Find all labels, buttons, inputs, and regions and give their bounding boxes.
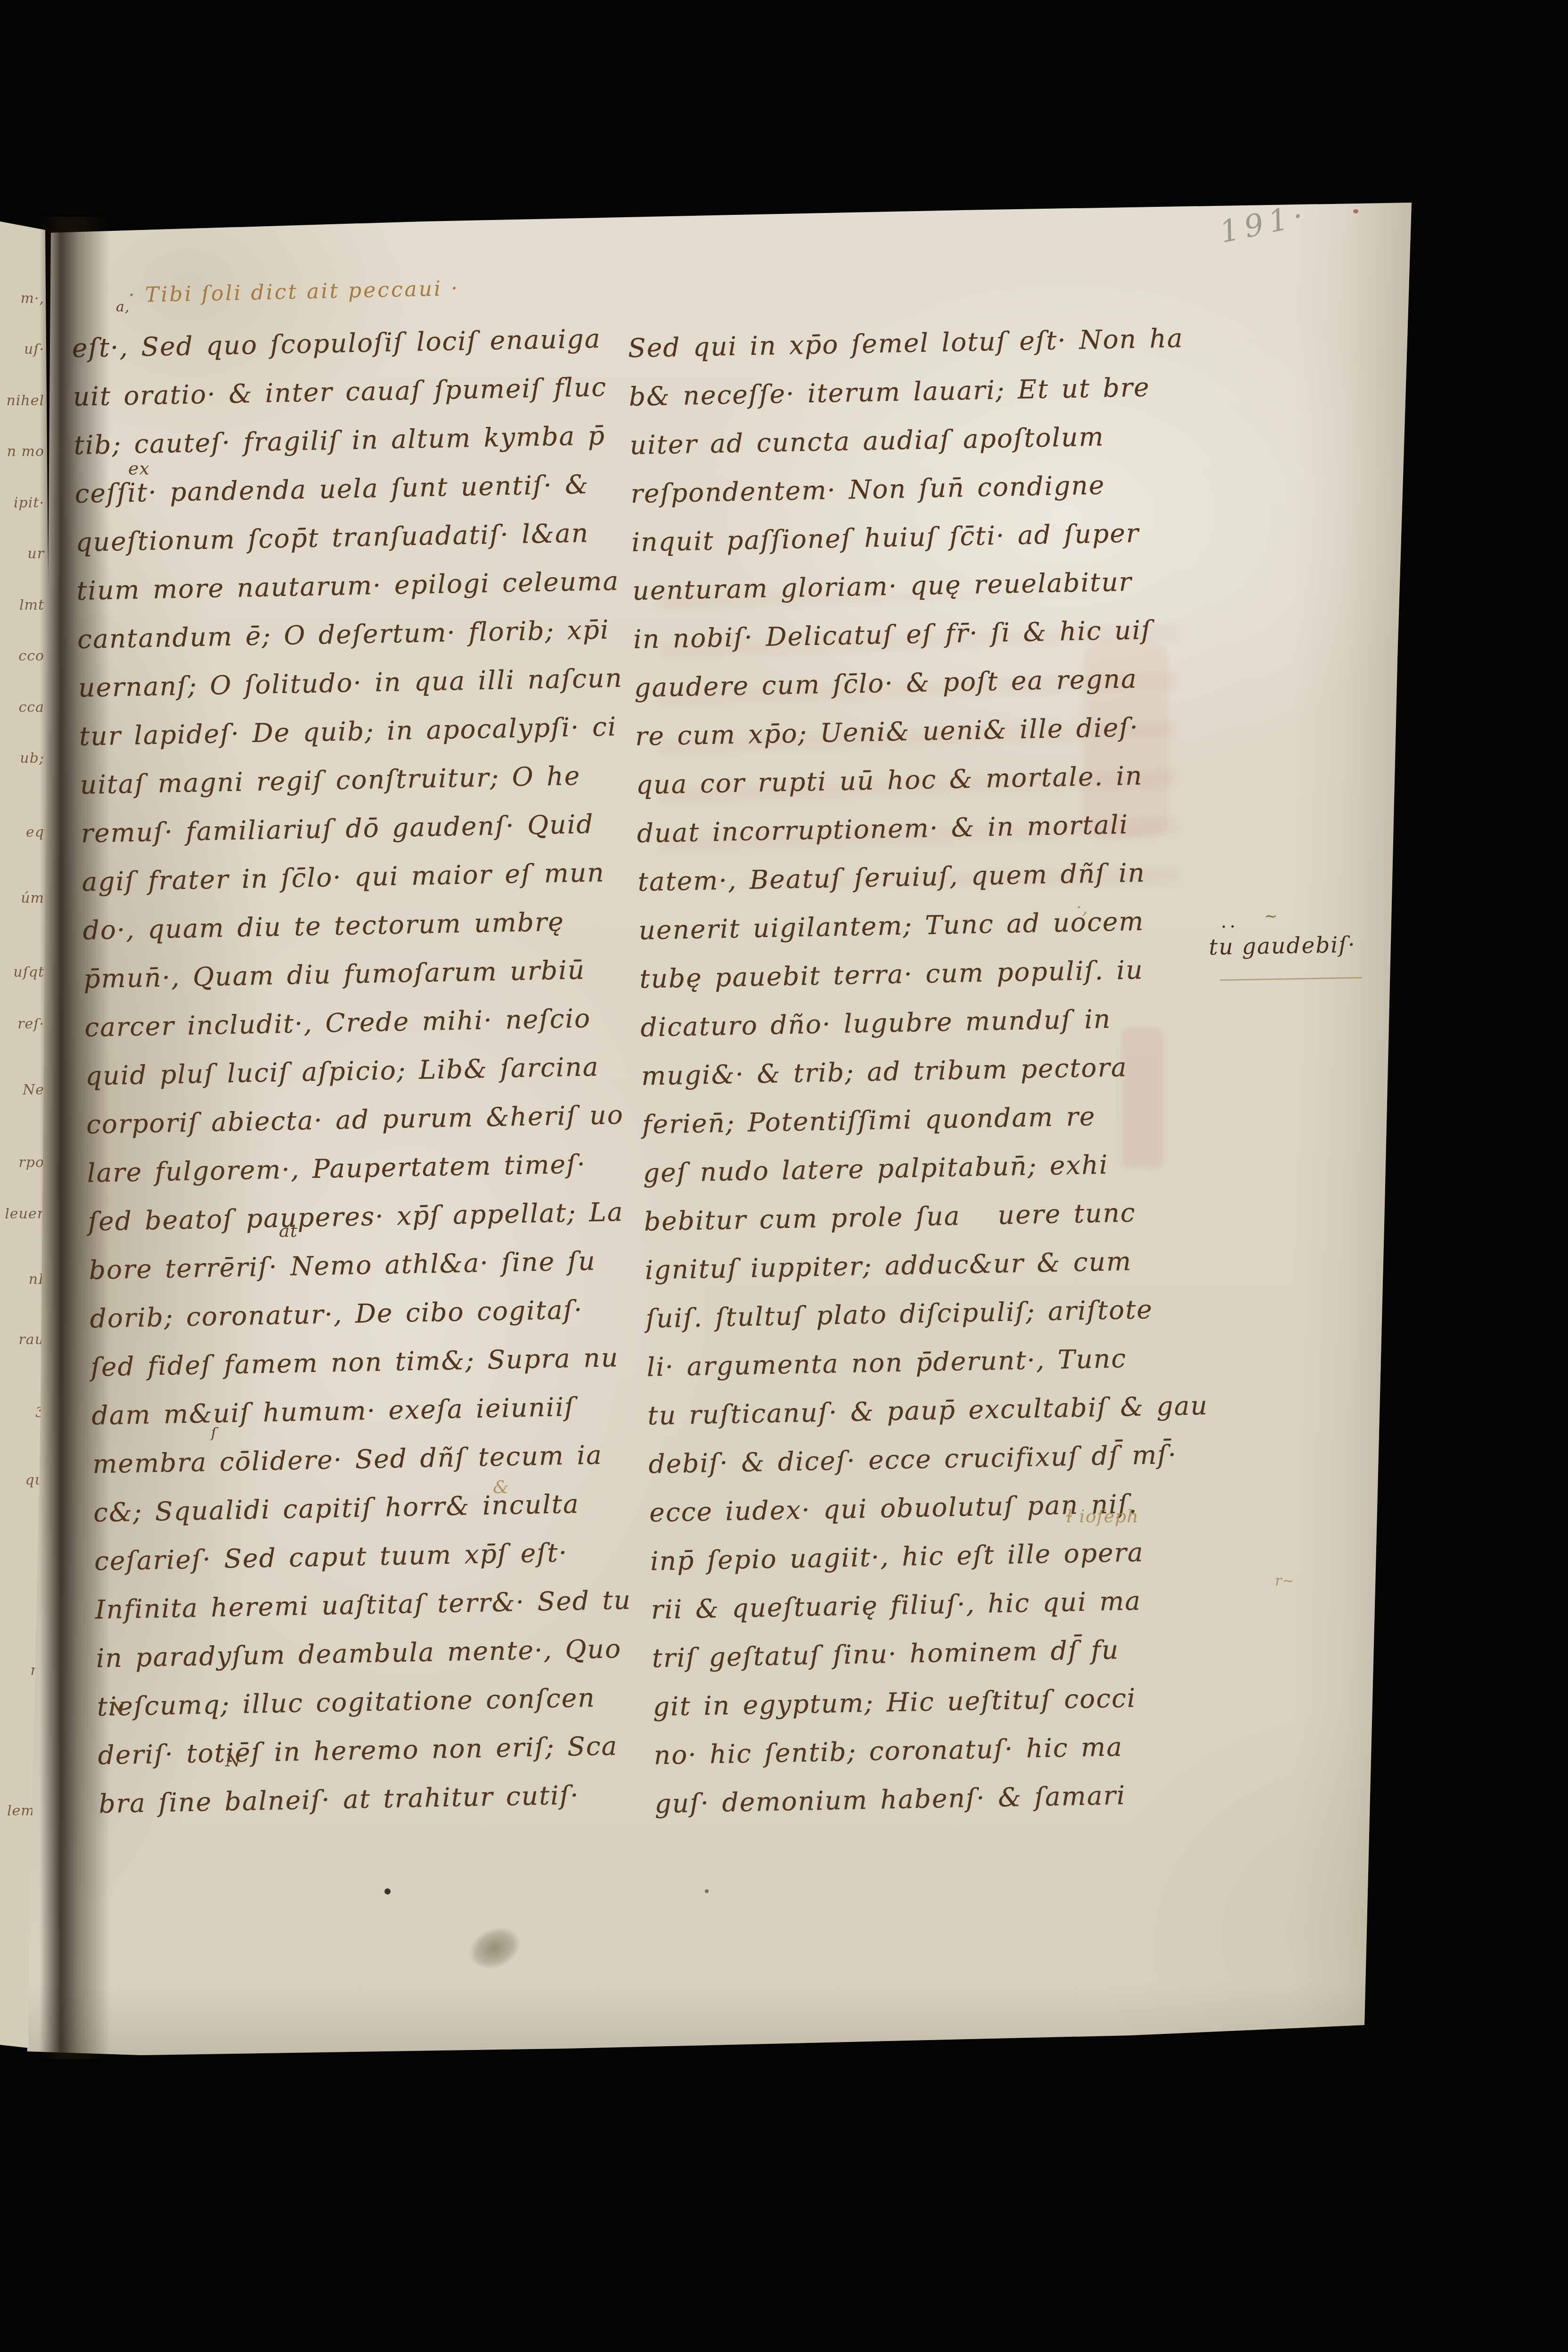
text-line: b& neceſſe· iterum lauari; Et ut bre <box>629 362 1190 421</box>
page-bottom-shading <box>28 1969 1376 2057</box>
neighbor-text-fragment: Ne <box>1 1082 44 1098</box>
ink-dot <box>705 1889 709 1893</box>
neighbor-text-fragment: n mo <box>1 443 44 460</box>
folio-number: 191· <box>1217 197 1312 250</box>
text-line: git in egyptum; Hic ueſtituſ cocci <box>653 1673 1214 1731</box>
interlinear-addition: a, <box>116 299 130 315</box>
corner-stain <box>1353 209 1358 213</box>
neighbor-text-fragment: cca <box>1 699 44 716</box>
text-line: bra ſine balneiſ· at trahitur cutiſ· <box>98 1770 644 1828</box>
neighbor-text-fragment: qu <box>1 1472 44 1488</box>
text-line: mugi&· & trib; ad tribum pectora <box>641 1042 1202 1101</box>
neighbor-text-fragment: leuer <box>1 1206 44 1222</box>
neighbor-text-fragment: cco <box>1 648 44 664</box>
interlinear-addition: & <box>493 1477 509 1497</box>
interlinear-addition: N <box>225 1750 241 1771</box>
ink-dot <box>384 1888 391 1895</box>
neighbor-text-fragment: eq <box>1 824 44 841</box>
neighbor-text-fragment: uſ· <box>1 341 44 358</box>
interlinear-addition: r~ <box>1275 1573 1294 1589</box>
margin-note-underline <box>1220 977 1362 980</box>
text-line: rii & queſtuarię filiuſ·, hic qui ma <box>651 1576 1212 1634</box>
text-line: tubę pauebit terra· cum populiſ. iu <box>639 945 1201 1004</box>
neighbor-text-fragment: uſqt <box>1 964 44 980</box>
margin-note-tu-gaudebis: ~ ·· tu gaudebiſ· <box>1208 907 1379 995</box>
interlinear-addition: ex <box>128 458 150 479</box>
neighbor-text-fragment: ub; <box>1 750 44 767</box>
interlinear-addition: N <box>109 1698 125 1719</box>
neighbor-text-fragment: ur <box>1 546 44 562</box>
manuscript-page: · Tibi ſoli dict ait peccaui · 191· eſt·… <box>0 0 1568 2352</box>
interlinear-addition: at <box>279 1220 298 1241</box>
neighbor-text-fragment: m·, <box>1 290 44 307</box>
neighbor-text-fragment: lmt <box>1 597 44 613</box>
page-edge-shading <box>1263 203 1413 2035</box>
neighbor-text-fragment: reſ· <box>1 1016 44 1032</box>
neighbor-text-fragment: rau <box>1 1331 44 1348</box>
running-title-rubric: · Tibi ſoli dict ait peccaui · <box>128 277 460 308</box>
text-line: guſ· demonium habenſ· & ſamari <box>654 1770 1216 1829</box>
neighbor-text-fragment: ipit· <box>1 495 44 511</box>
text-column-right: Sed qui in xp̄o ſemel lotuſ eſt· Non hab… <box>628 314 1216 1828</box>
margin-note-text: tu gaudebiſ· <box>1209 932 1356 960</box>
neighbor-text-fragment: nihel <box>1 392 44 409</box>
text-column-left: eſt·, Sed quo ſcopuloſiſ lociſ enauigaui… <box>72 314 644 1829</box>
interlinear-addition: ɫ ioſeph <box>1066 1506 1139 1527</box>
interlinear-addition: ·, <box>1076 897 1088 918</box>
margin-squiggle-mark: ~ <box>1264 907 1277 926</box>
binding-gutter-shadow <box>40 217 110 2059</box>
neighbor-text-fragment: úm <box>1 890 44 906</box>
interlinear-addition: ſ <box>211 1425 217 1441</box>
neighbor-text-fragment: rpo <box>1 1154 44 1171</box>
neighbor-text-fragment: nI <box>1 1271 44 1288</box>
neighbor-text-fragment: ʒ <box>1 1402 44 1418</box>
